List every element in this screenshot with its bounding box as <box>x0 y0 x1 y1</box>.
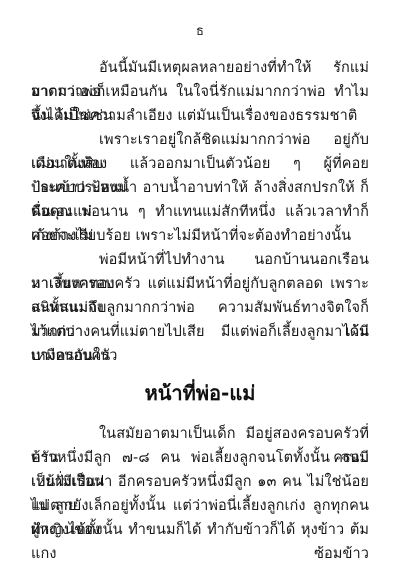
text-line: อาตมาเองก็เหมือนกัน ในใจนี่รักแม่มากกว่า… <box>31 80 369 104</box>
paragraph: อันนี้มันมีเหตุผลหลายอย่างที่ทำให้ รักแม… <box>31 56 369 128</box>
text-line: มาเลี้ยงครอบครัว แต่แม่มีหน้าที่อยู่กับล… <box>31 272 369 296</box>
text-line: ป้อนข้าว ป้อนน้ำ อาบน้ำอาบท่าให้ ล้างสิ่… <box>31 176 369 200</box>
paragraph: เพราะเราอยู่ใกล้ชิดแม่มากกว่าพ่อ อยู่กับ… <box>31 128 369 248</box>
text-line: อันนี้มันมีเหตุผลหลายอย่างที่ทำให้ รักแม… <box>31 56 369 80</box>
text-line: สนิทสนมกับลูกมากกว่าพ่อ ความสัมพันธ์ทางจ… <box>31 296 369 320</box>
text-line: บางครอบครัว <box>31 344 369 368</box>
text-line: ครัวหนึ่งมีลูก ๗-๘ คน พ่อเลี้ยงลูกจนโตทั… <box>31 446 369 470</box>
text-line: เพราะเราอยู่ใกล้ชิดแม่มากกว่าพ่อ อยู่กับ… <box>31 128 369 152</box>
paragraph: ในสมัยอาตมาเป็นเด็ก มีอยู่สองครอบครัวที่… <box>31 422 369 542</box>
text-line: ค่อยจะเรียบร้อย เพราะไม่มีหน้าที่จะต้องท… <box>31 224 369 248</box>
page-number: ธ <box>0 20 400 41</box>
page-content: อันนี้มันมีเหตุผลหลายอย่างที่ทำให้ รักแม… <box>31 56 369 542</box>
text-line: ในสมัยอาตมาเป็นเด็ก มีอยู่สองครอบครัวที่… <box>31 422 369 446</box>
paragraph: พ่อมีหน้าที่ไปทำงาน นอกบ้านนอกเรือนหาเงิ… <box>31 248 369 368</box>
section-heading: หน้าที่พ่อ-แม่ <box>31 378 369 408</box>
text-line: เป็นฝั่งเป็นฝา อีกครอบครัวหนึ่งมีลูก ๑๓ … <box>31 470 369 494</box>
text-line: ไป ลูกยังเล็กอยู่ทั้งนั้น แต่ว่าพ่อนี่เล… <box>31 494 369 518</box>
text-line: นั่นเอง พ่อนาน ๆ ทำแทนแม่สักทีหนึ่ง แล้ว… <box>31 200 369 224</box>
text-line: เดือนในท้อง แล้วออกมาเป็นตัวน้อย ๆ ผู้ที… <box>31 152 369 176</box>
text-line: นั้น ไม่ใช่ความลำเอียง แต่มันเป็นเรื่องข… <box>31 104 369 128</box>
text-line: พ่อมีหน้าที่ไปทำงาน นอกบ้านนอกเรือนหาเงิ… <box>31 248 369 272</box>
book-page: ธ อันนี้มันมีเหตุผลหลายอย่างที่ทำให้ รัก… <box>0 0 400 569</box>
text-line: ไว้แต่บางคนที่แม่ตายไปเสีย มีแต่พ่อก็เลี… <box>31 320 369 344</box>
text-line: ผู้หญิงได้ทั้งนั้น ทำขนมก็ได้ ทำกับข้าวก… <box>31 518 369 542</box>
